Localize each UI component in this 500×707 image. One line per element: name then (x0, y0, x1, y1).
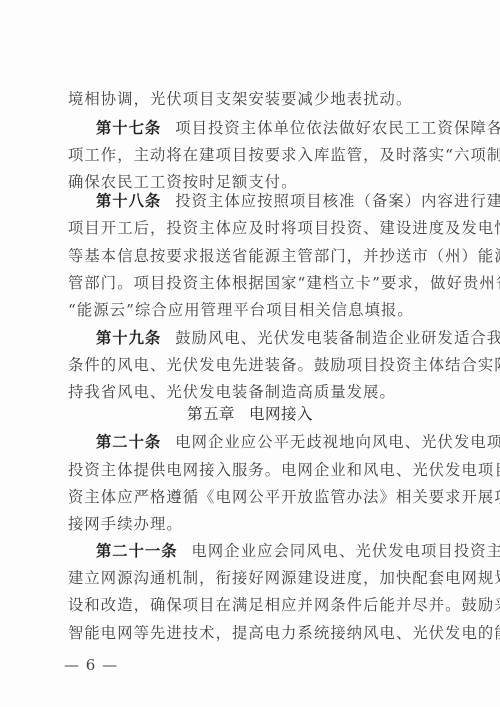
article-18-line: 项目开工后，投资主体应及时将项目投资、建设进度及发电情况 (68, 218, 436, 238)
article-text: 鼓励风电、光伏发电装备制造企业研发适合我省 (175, 329, 500, 347)
article-20-line: 投资主体提供电网接入服务。电网企业和风电、光伏发电项目投 (68, 460, 436, 480)
article-number: 第二十一条 (96, 542, 178, 560)
article-19-line: 持我省风电、光伏发电装备制造高质量发展。 (68, 382, 436, 402)
chapter-heading: 第五章电网接入 (0, 404, 500, 424)
article-21-first-line: 第二十一条电网企业应会同风电、光伏发电项目投资主体 (96, 541, 436, 561)
chapter-number: 第五章 (187, 405, 235, 423)
article-text: 电网企业应公平无歧视地向风电、光伏发电项目 (175, 433, 500, 451)
article-18-line: 管部门。项目投资主体根据国家“建档立卡”要求，做好贵州省 (68, 273, 436, 293)
article-number: 第十八条 (96, 192, 161, 210)
page-number: — 6 — (64, 655, 118, 675)
paragraph-continuation-line: 境相协调，光伏项目支架安装要减少地表扰动。 (68, 89, 436, 109)
article-20-line: 资主体应严格遵循《电网公平开放监管办法》相关要求开展项目 (68, 487, 436, 507)
article-number: 第二十条 (96, 433, 161, 451)
article-number: 第十九条 (96, 329, 161, 347)
article-18-line: “能源云”综合应用管理平台项目相关信息填报。 (68, 300, 436, 320)
article-18-line: 等基本信息按要求报送省能源主管部门，并抄送市（州）能源主 (68, 246, 436, 266)
article-21-line: 智能电网等先进技术，提高电力系统接纳风电、光伏发电的能力。 (68, 623, 440, 643)
article-number: 第十七条 (96, 119, 161, 137)
article-21-line: 建立网源沟通机制，衔接好网源建设进度，加快配套电网规划建 (68, 568, 436, 588)
article-19-first-line: 第十九条鼓励风电、光伏发电装备制造企业研发适合我省 (96, 328, 436, 348)
article-text: 项目投资主体单位依法做好农民工工资保障各 (175, 119, 500, 137)
article-17-first-line: 第十七条项目投资主体单位依法做好农民工工资保障各 (96, 118, 436, 138)
article-19-line: 条件的风电、光伏发电先进装备。鼓励项目投资主体结合实际支 (68, 355, 436, 375)
article-17-line: 确保农民工工资按时足额支付。 (68, 172, 436, 192)
article-21-line: 设和改造，确保项目在满足相应并网条件后能并尽并。鼓励采用 (68, 595, 436, 615)
article-20-line: 接网手续办理。 (68, 514, 436, 534)
document-page: 境相协调，光伏项目支架安装要减少地表扰动。 第十七条项目投资主体单位依法做好农民… (0, 0, 500, 707)
article-17-line: 项工作，主动将在建项目按要求入库监管，及时落实“六项制度”， (68, 145, 436, 165)
article-text: 电网企业应会同风电、光伏发电项目投资主体 (192, 542, 500, 560)
article-18-first-line: 第十八条投资主体应按照项目核准（备案）内容进行建设， (96, 191, 436, 211)
chapter-title: 电网接入 (249, 405, 313, 423)
article-20-first-line: 第二十条电网企业应公平无歧视地向风电、光伏发电项目 (96, 432, 436, 452)
article-text: 投资主体应按照项目核准（备案）内容进行建设， (175, 192, 500, 210)
